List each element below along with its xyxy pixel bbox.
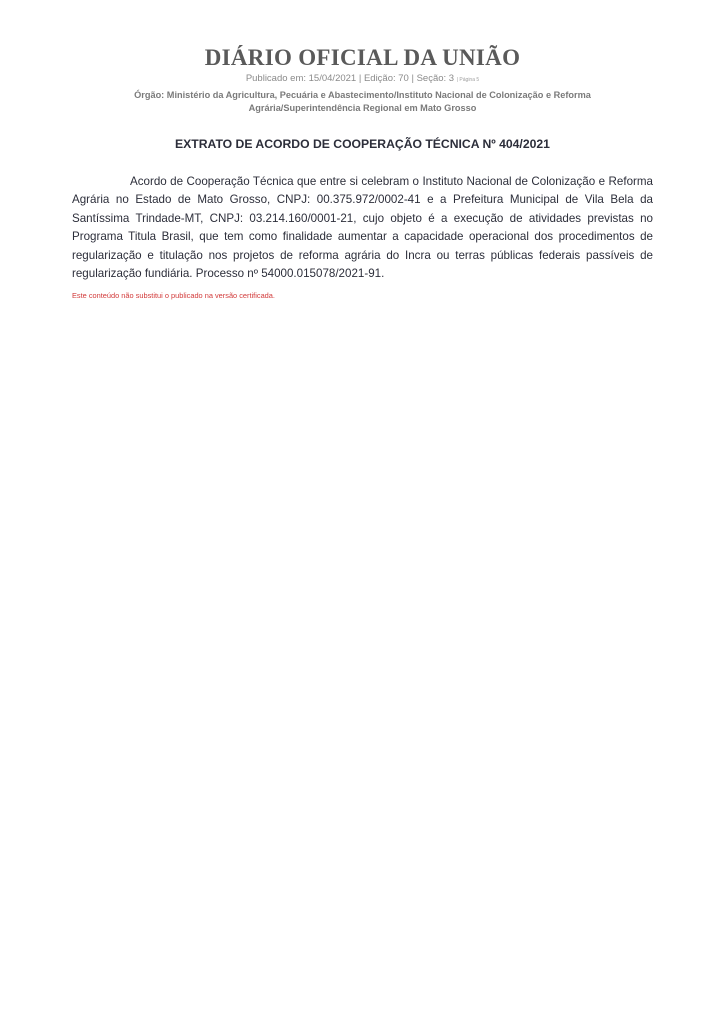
publication-info: Publicado em: 15/04/2021 | Edição: 70 | …	[0, 73, 725, 86]
document-title: EXTRATO DE ACORDO DE COOPERAÇÃO TÉCNICA …	[0, 136, 725, 152]
issuing-body: Órgão: Ministério da Agricultura, Pecuár…	[110, 89, 615, 115]
masthead-title: DIÁRIO OFICIAL DA UNIÃO	[0, 44, 725, 72]
page-number: | Página 5	[457, 77, 479, 83]
publication-date-edition-section: Publicado em: 15/04/2021 | Edição: 70 | …	[246, 73, 454, 84]
document-body: Acordo de Cooperação Técnica que entre s…	[72, 173, 653, 283]
certification-disclaimer: Este conteúdo não substitui o publicado …	[72, 291, 275, 301]
document-page: DIÁRIO OFICIAL DA UNIÃO Publicado em: 15…	[0, 0, 725, 1024]
